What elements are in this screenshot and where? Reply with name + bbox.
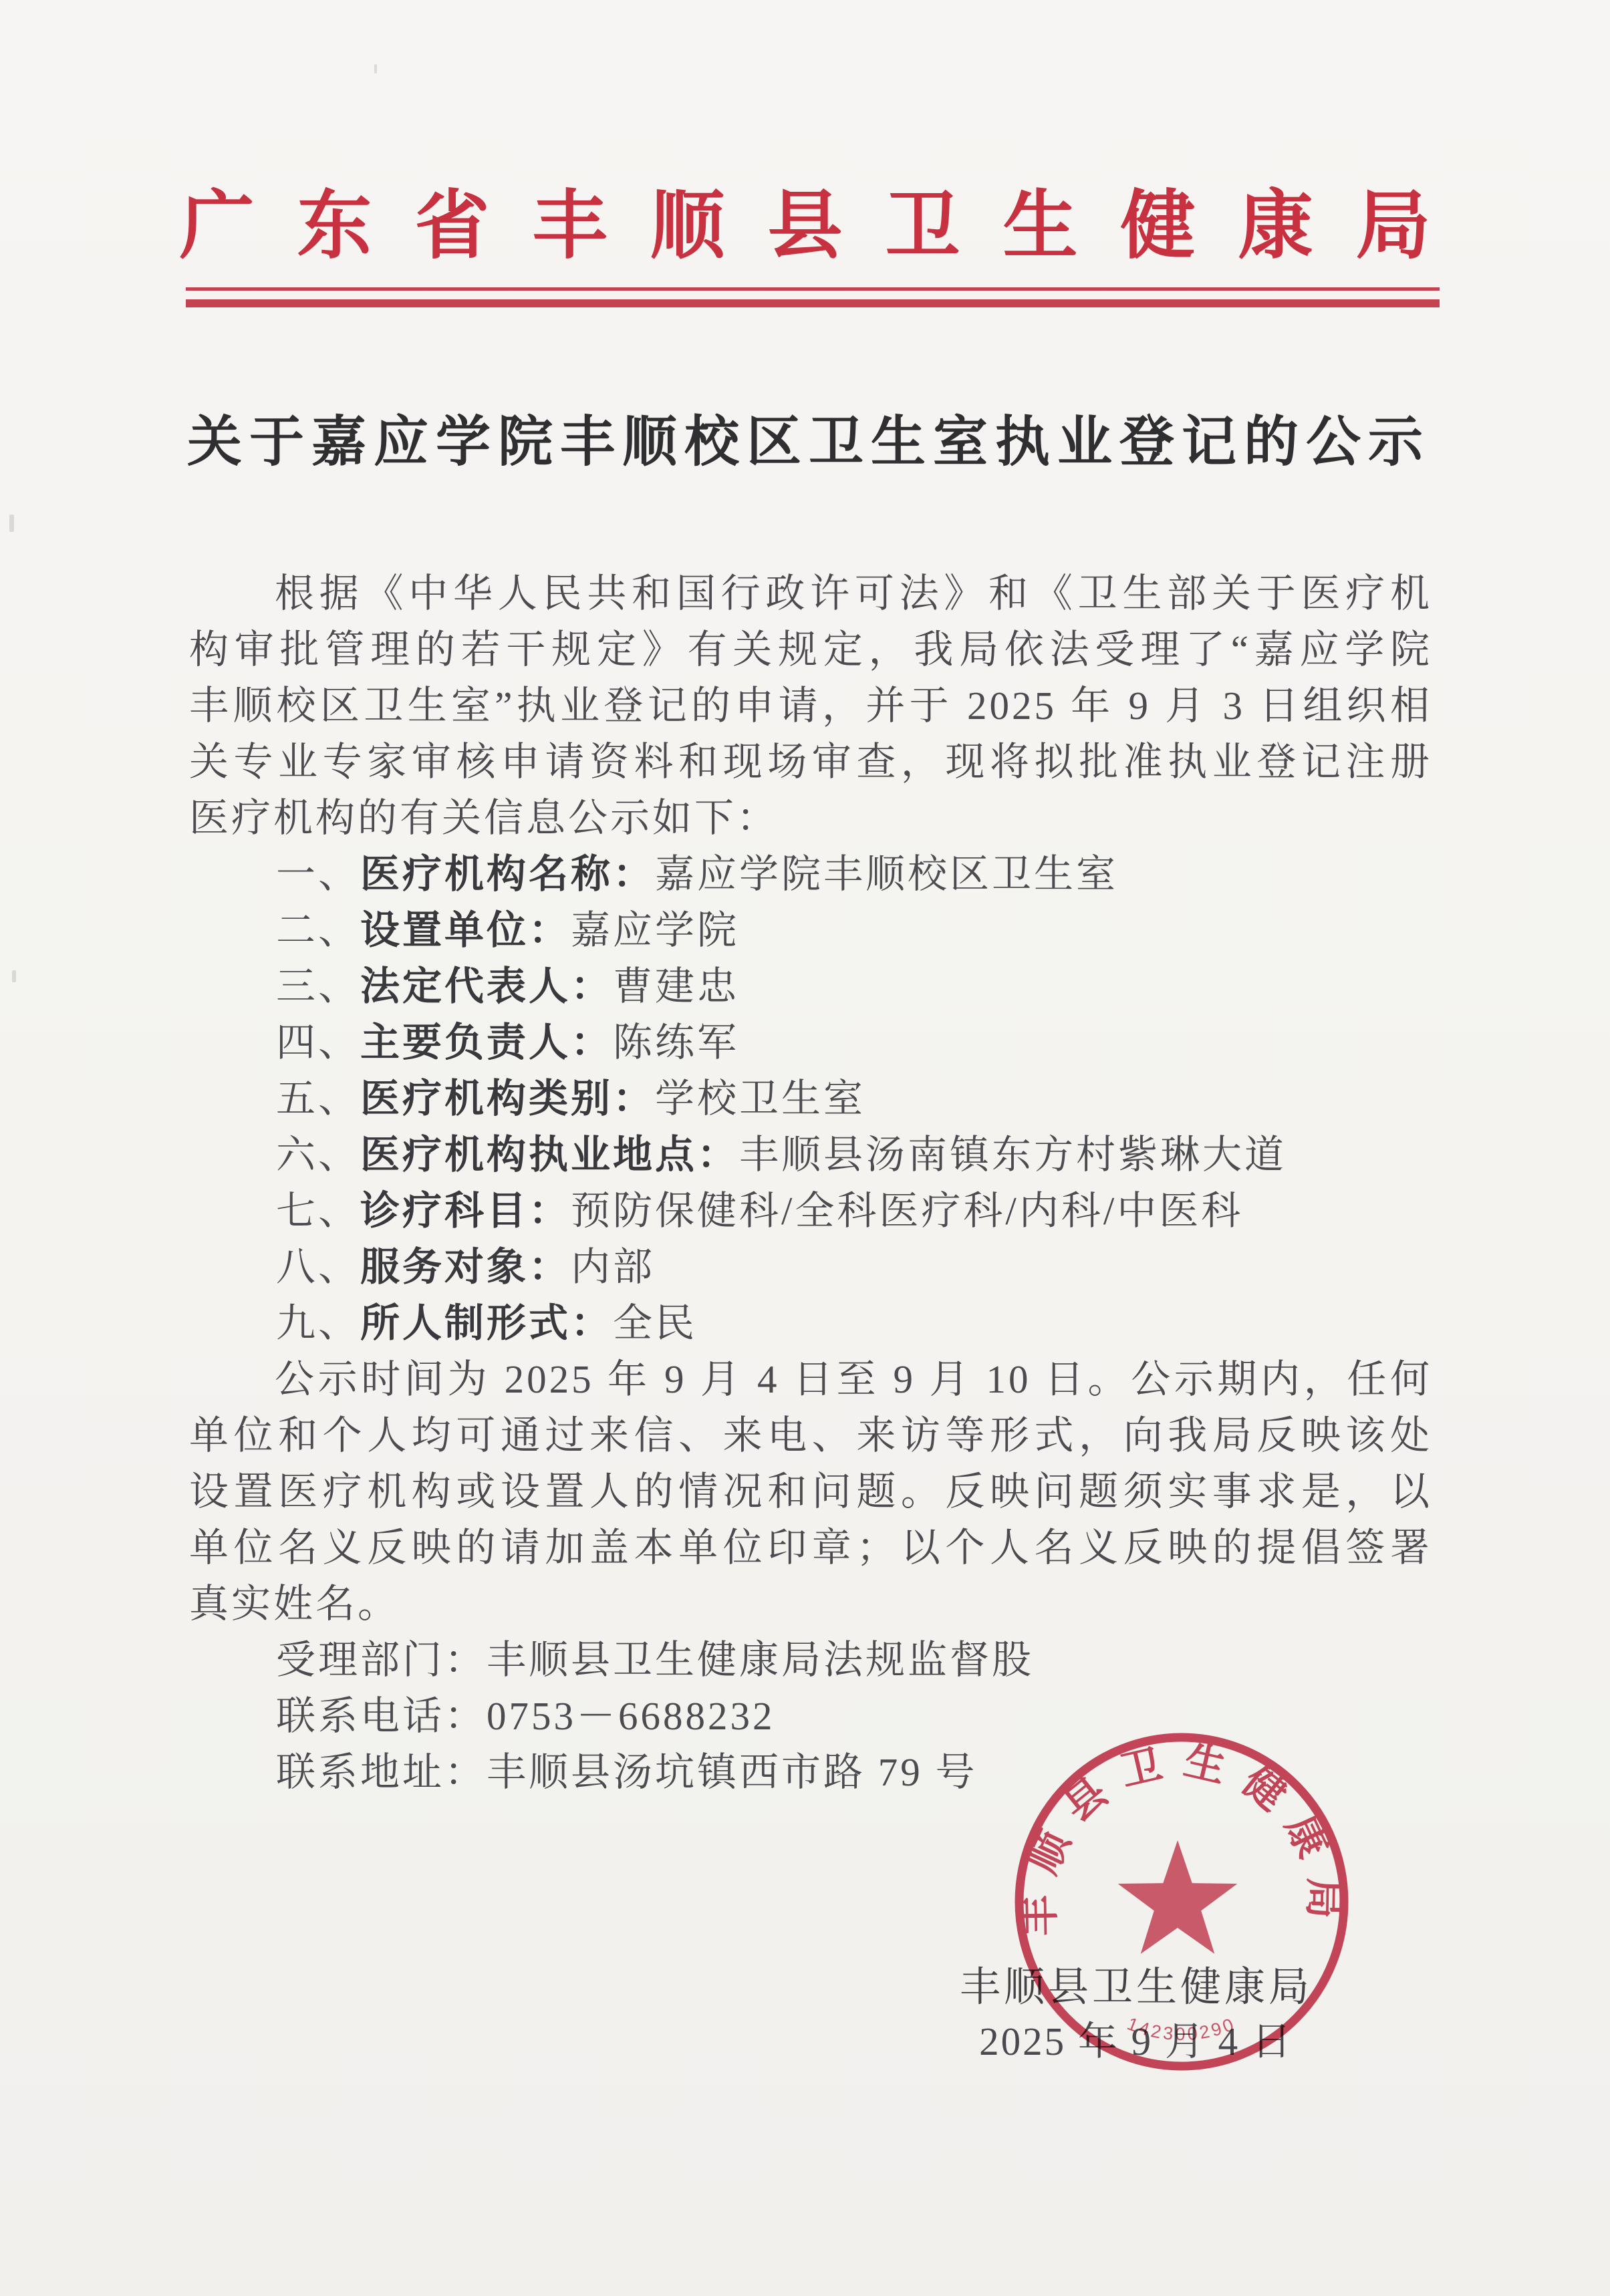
body-line: 根据《中华人民共和国行政许可法》和《卫生部关于医疗机: [189, 565, 1432, 621]
item-label: 设置单位：: [360, 908, 571, 952]
item-number: 九、: [276, 1301, 360, 1345]
item-label: 法定代表人：: [360, 964, 613, 1008]
scan-artifact: [9, 515, 14, 532]
list-item: 八、服务对象：内部: [189, 1239, 1432, 1295]
list-item: 九、所人制形式：全民: [189, 1295, 1432, 1351]
item-value: 预防保健科/全科医疗科/内科/中医科: [571, 1189, 1243, 1233]
letterhead-rule-thick: [186, 299, 1440, 307]
item-number: 六、: [276, 1133, 360, 1177]
body-line: 单位名义反映的请加盖本单位印章；以个人名义反映的提倡签署: [189, 1520, 1432, 1576]
item-value: 内部: [571, 1245, 655, 1289]
scan-artifact: [374, 64, 377, 74]
scan-artifact: [12, 970, 16, 982]
official-seal: 丰顺县卫生健康局 4414230029073: [996, 1712, 1367, 2090]
item-number: 一、: [276, 852, 360, 896]
item-number: 五、: [276, 1077, 360, 1121]
item-number: 七、: [276, 1189, 360, 1233]
list-item: 六、医疗机构执业地点：丰顺县汤南镇东方村紫琳大道: [189, 1127, 1432, 1183]
contact-value: 丰顺县卫生健康局法规监督股: [487, 1638, 1034, 1682]
notice-title: 关于嘉应学院丰顺校区卫生室执业登记的公示: [0, 398, 1610, 476]
body-line: 构审批管理的若干规定》有关规定，我局依法受理了“嘉应学院: [189, 621, 1432, 678]
list-item: 二、设置单位：嘉应学院: [189, 902, 1432, 958]
list-item: 三、法定代表人：曹建忠: [189, 958, 1432, 1014]
item-label: 医疗机构执业地点：: [360, 1133, 739, 1177]
item-label: 主要负责人：: [360, 1020, 613, 1064]
item-label: 诊疗科目：: [360, 1189, 571, 1233]
contact-value: 0753－6688232: [487, 1694, 775, 1738]
item-value: 曹建忠: [613, 964, 739, 1008]
body-line: 真实姓名。: [189, 1576, 1432, 1632]
item-label: 服务对象：: [360, 1245, 571, 1289]
scanned-notice-page: 广东省丰顺县卫生健康局 关于嘉应学院丰顺校区卫生室执业登记的公示 根据《中华人民…: [0, 0, 1610, 2296]
item-value: 嘉应学院丰顺校区卫生室: [655, 852, 1118, 896]
letterhead-rule-thin: [186, 287, 1440, 291]
contact-value: 丰顺县汤坑镇西市路 79 号: [487, 1750, 978, 1794]
body-line: 单位和个人均可通过来信、来电、来访等形式，向我局反映该处: [189, 1407, 1432, 1463]
notice-body: 根据《中华人民共和国行政许可法》和《卫生部关于医疗机 构审批管理的若干规定》有关…: [189, 565, 1432, 1800]
item-value: 陈练军: [613, 1020, 739, 1064]
agency-letterhead: 广东省丰顺县卫生健康局: [0, 166, 1610, 273]
item-value: 全民: [613, 1301, 697, 1345]
item-value: 学校卫生室: [655, 1077, 865, 1121]
contact-line-department: 受理部门：丰顺县卫生健康局法规监督股: [189, 1632, 1432, 1688]
item-value: 丰顺县汤南镇东方村紫琳大道: [739, 1133, 1287, 1177]
item-number: 三、: [276, 964, 360, 1008]
item-label: 医疗机构类别：: [360, 1077, 655, 1121]
list-item: 七、诊疗科目：预防保健科/全科医疗科/内科/中医科: [189, 1183, 1432, 1239]
body-line: 设置医疗机构或设置人的情况和问题。反映问题须实事求是，以: [189, 1463, 1432, 1520]
list-item: 四、主要负责人：陈练军: [189, 1014, 1432, 1070]
item-number: 四、: [276, 1020, 360, 1064]
contact-label: 联系电话：: [276, 1694, 487, 1738]
item-label: 所人制形式：: [360, 1301, 613, 1345]
star-icon: [1118, 1840, 1238, 1954]
contact-label: 受理部门：: [276, 1638, 487, 1682]
item-number: 二、: [276, 908, 360, 952]
item-label: 医疗机构名称：: [360, 852, 655, 896]
list-item: 五、医疗机构类别：学校卫生室: [189, 1070, 1432, 1127]
item-number: 八、: [276, 1245, 360, 1289]
list-item: 一、医疗机构名称：嘉应学院丰顺校区卫生室: [189, 846, 1432, 902]
body-line: 关专业专家审核申请资料和现场审查，现将拟批准执业登记注册: [189, 734, 1432, 790]
body-line: 丰顺校区卫生室”执业登记的申请，并于 2025 年 9 月 3 日组织相: [189, 678, 1432, 734]
item-value: 嘉应学院: [571, 908, 739, 952]
body-line: 医疗机构的有关信息公示如下：: [189, 790, 1432, 846]
body-line: 公示时间为 2025 年 9 月 4 日至 9 月 10 日。公示期内，任何: [189, 1351, 1432, 1407]
contact-label: 联系地址：: [276, 1750, 487, 1794]
